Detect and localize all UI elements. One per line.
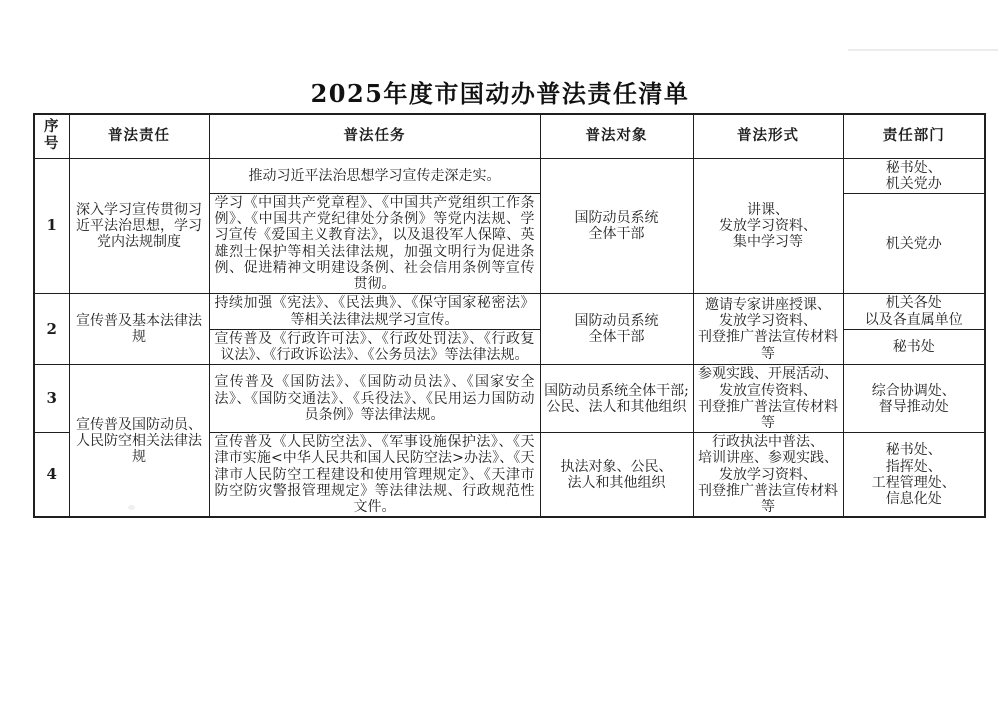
row3-form: 参观实践、开展活动、 发放宣传资料、 刊登推广普法宣传材料等: [693, 365, 843, 433]
row1-dept-b: 机关党办: [843, 193, 985, 293]
scan-artifact: [848, 49, 998, 51]
row4-dept: 秘书处、 指挥处、 工程管理处、 信息化处: [843, 433, 985, 518]
row3-target: 国防动员系统全体干部; 公民、法人和其他组织: [540, 365, 693, 433]
row1-serial: 1: [34, 158, 69, 294]
row4-form: 行政执法中普法、 培训讲座、参观实践、 发放学习资料、 刊登推广普法宣传材料等: [693, 433, 843, 518]
col-header-target: 普法对象: [540, 114, 693, 158]
table-header-row: 序号 普法责任 普法任务 普法对象 普法形式 责任部门: [34, 114, 985, 158]
row2-duty: 宣传普及基本法律法规: [69, 294, 209, 365]
document-page: 2025年度市国动办普法责任清单 序号 普法责任 普法任务 普法对象 普法形式 …: [0, 0, 1000, 707]
row2-target: 国防动员系统 全体干部: [540, 294, 693, 365]
row1-task-b: 学习《中国共产党章程》、《中国共产党组织工作条例》、《中国共产党纪律处分条例》等…: [209, 193, 540, 293]
col-header-task: 普法任务: [209, 114, 540, 158]
row2-task-a: 持续加强《宪法》、《民法典》、《保守国家秘密法》等相关法律法规学习宣传。: [209, 294, 540, 329]
scan-artifact: [128, 505, 135, 510]
responsibility-table: 序号 普法责任 普法任务 普法对象 普法形式 责任部门 1 深入学习宣传贯彻习近…: [33, 113, 986, 518]
row2-form: 邀请专家讲座授课、 发放学习资料、 刊登推广普法宣传材料等: [693, 294, 843, 365]
row3-serial: 3: [34, 365, 69, 433]
col-header-form: 普法形式: [693, 114, 843, 158]
col-header-serial: 序号: [34, 114, 69, 158]
col-header-duty: 普法责任: [69, 114, 209, 158]
table-row: 1 深入学习宣传贯彻习近平法治思想，学习党内法规制度 推动习近平法治思想学习宣传…: [34, 158, 985, 193]
row1-duty: 深入学习宣传贯彻习近平法治思想，学习党内法规制度: [69, 158, 209, 294]
row4-target: 执法对象、公民、 法人和其他组织: [540, 433, 693, 518]
row1-task-a: 推动习近平法治思想学习宣传走深走实。: [209, 158, 540, 193]
table-row: 2 宣传普及基本法律法规 持续加强《宪法》、《民法典》、《保守国家秘密法》等相关…: [34, 294, 985, 329]
row4-serial: 4: [34, 433, 69, 518]
row3-task: 宣传普及《国防法》、《国防动员法》、《国家安全法》、《国防交通法》、《兵役法》、…: [209, 365, 540, 433]
row2-task-b: 宣传普及《行政许可法》、《行政处罚法》、《行政复议法》、《行政诉讼法》、《公务员…: [209, 329, 540, 364]
row2-dept-b: 秘书处: [843, 329, 985, 364]
row1-form: 讲课、 发放学习资料、 集中学习等: [693, 158, 843, 294]
row1-target: 国防动员系统 全体干部: [540, 158, 693, 294]
row3-dept: 综合协调处、 督导推动处: [843, 365, 985, 433]
row2-serial: 2: [34, 294, 69, 365]
row3-4-duty: 宣传普及国防动员、人民防空相关法律法规: [69, 365, 209, 518]
table-row: 3 宣传普及国防动员、人民防空相关法律法规 宣传普及《国防法》、《国防动员法》、…: [34, 365, 985, 433]
col-header-department: 责任部门: [843, 114, 985, 158]
row4-task: 宣传普及《人民防空法》、《军事设施保护法》、《天津市实施<中华人民共和国人民防空…: [209, 433, 540, 518]
page-title: 2025年度市国动办普法责任清单: [0, 74, 1000, 109]
row2-dept-a: 机关各处 以及各直属单位: [843, 294, 985, 329]
row1-dept-a: 秘书处、 机关党办: [843, 158, 985, 193]
